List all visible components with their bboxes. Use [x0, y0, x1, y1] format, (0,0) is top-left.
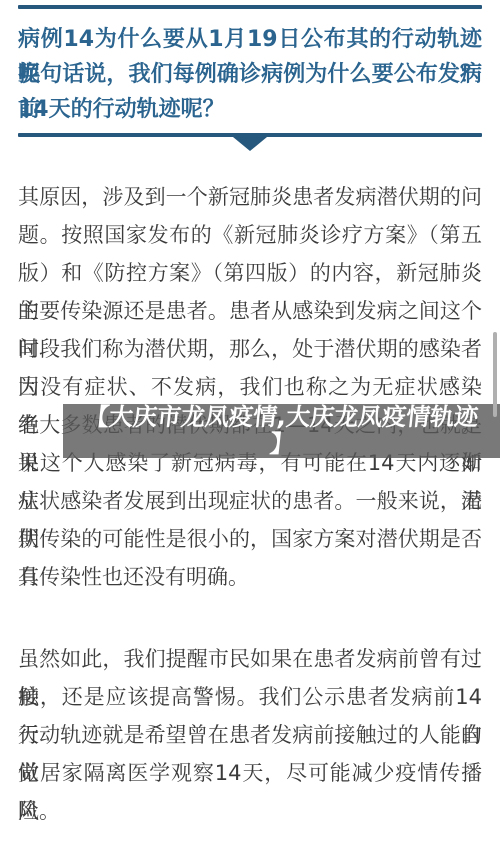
body-line: 做居家隔离医学观察14天，尽可能减少疫情传播风	[18, 754, 482, 792]
body-line: 行动轨迹就是希望曾在患者发病前接触过的人能自觉	[18, 716, 482, 754]
watermark-line: 【大庆市龙凤疫情,大庆龙凤疫情轨迹	[84, 404, 480, 431]
body-paragraph-2: 虽然如此，我们提醒市民如果在患者发病前曾有过接 触，还是应该提高警惕。我们公示患…	[18, 640, 482, 830]
body-line: 触，还是应该提高警惕。我们公示患者发病前14天的	[18, 678, 482, 716]
article-page: 病例14为什么要从1月19日公布其的行动轨迹呢？ 换句话说，我们每例确诊病例为什…	[0, 0, 500, 860]
headline-line: 换句话说，我们每例确诊病例为什么要公布发病前	[18, 57, 482, 92]
scrollbar-thumb[interactable]	[493, 332, 497, 417]
body-line: 为没有症状、不发病，我们也称之为无症状感染者。	[18, 368, 482, 406]
body-line: 间段我们称为潜伏期，那么，处于潜伏期的感染者因	[18, 330, 482, 368]
body-line: 症状感染者发展到出现症状的患者。一般来说，潜伏	[18, 482, 482, 520]
body-line: 虽然如此，我们提醒市民如果在患者发病前曾有过接	[18, 640, 482, 678]
body-line: 其原因，涉及到一个新冠肺炎患者发病潜伏期的问	[18, 178, 482, 216]
header-top-rule	[18, 5, 482, 9]
body-line: 主要传染源还是患者。患者从感染到发病之间这个时	[18, 292, 482, 330]
headline-question: 病例14为什么要从1月19日公布其的行动轨迹呢？ 换句话说，我们每例确诊病例为什…	[18, 22, 482, 127]
body-line: 险。	[18, 792, 482, 830]
body-line: 版）和《防控方案》（第四版）的内容，新冠肺炎的	[18, 254, 482, 292]
body-line: 有传染性也还没有明确。	[18, 558, 482, 596]
body-line: 题。按照国家发布的《新冠肺炎诊疗方案》（第五	[18, 216, 482, 254]
headline-line: 14天的行动轨迹呢？	[18, 92, 482, 127]
body-paragraph-1: 其原因，涉及到一个新冠肺炎患者发病潜伏期的问 题。按照国家发布的《新冠肺炎诊疗方…	[18, 178, 482, 596]
body-line: 期传染的可能性是很小的，国家方案对潜伏期是否具	[18, 520, 482, 558]
watermark-overlay: 【大庆市龙凤疫情,大庆龙凤疫情轨迹 】	[63, 404, 500, 458]
headline-line: 病例14为什么要从1月19日公布其的行动轨迹呢？	[18, 22, 482, 57]
callout-pointer-triangle	[233, 137, 267, 151]
watermark-line: 】	[268, 431, 295, 458]
